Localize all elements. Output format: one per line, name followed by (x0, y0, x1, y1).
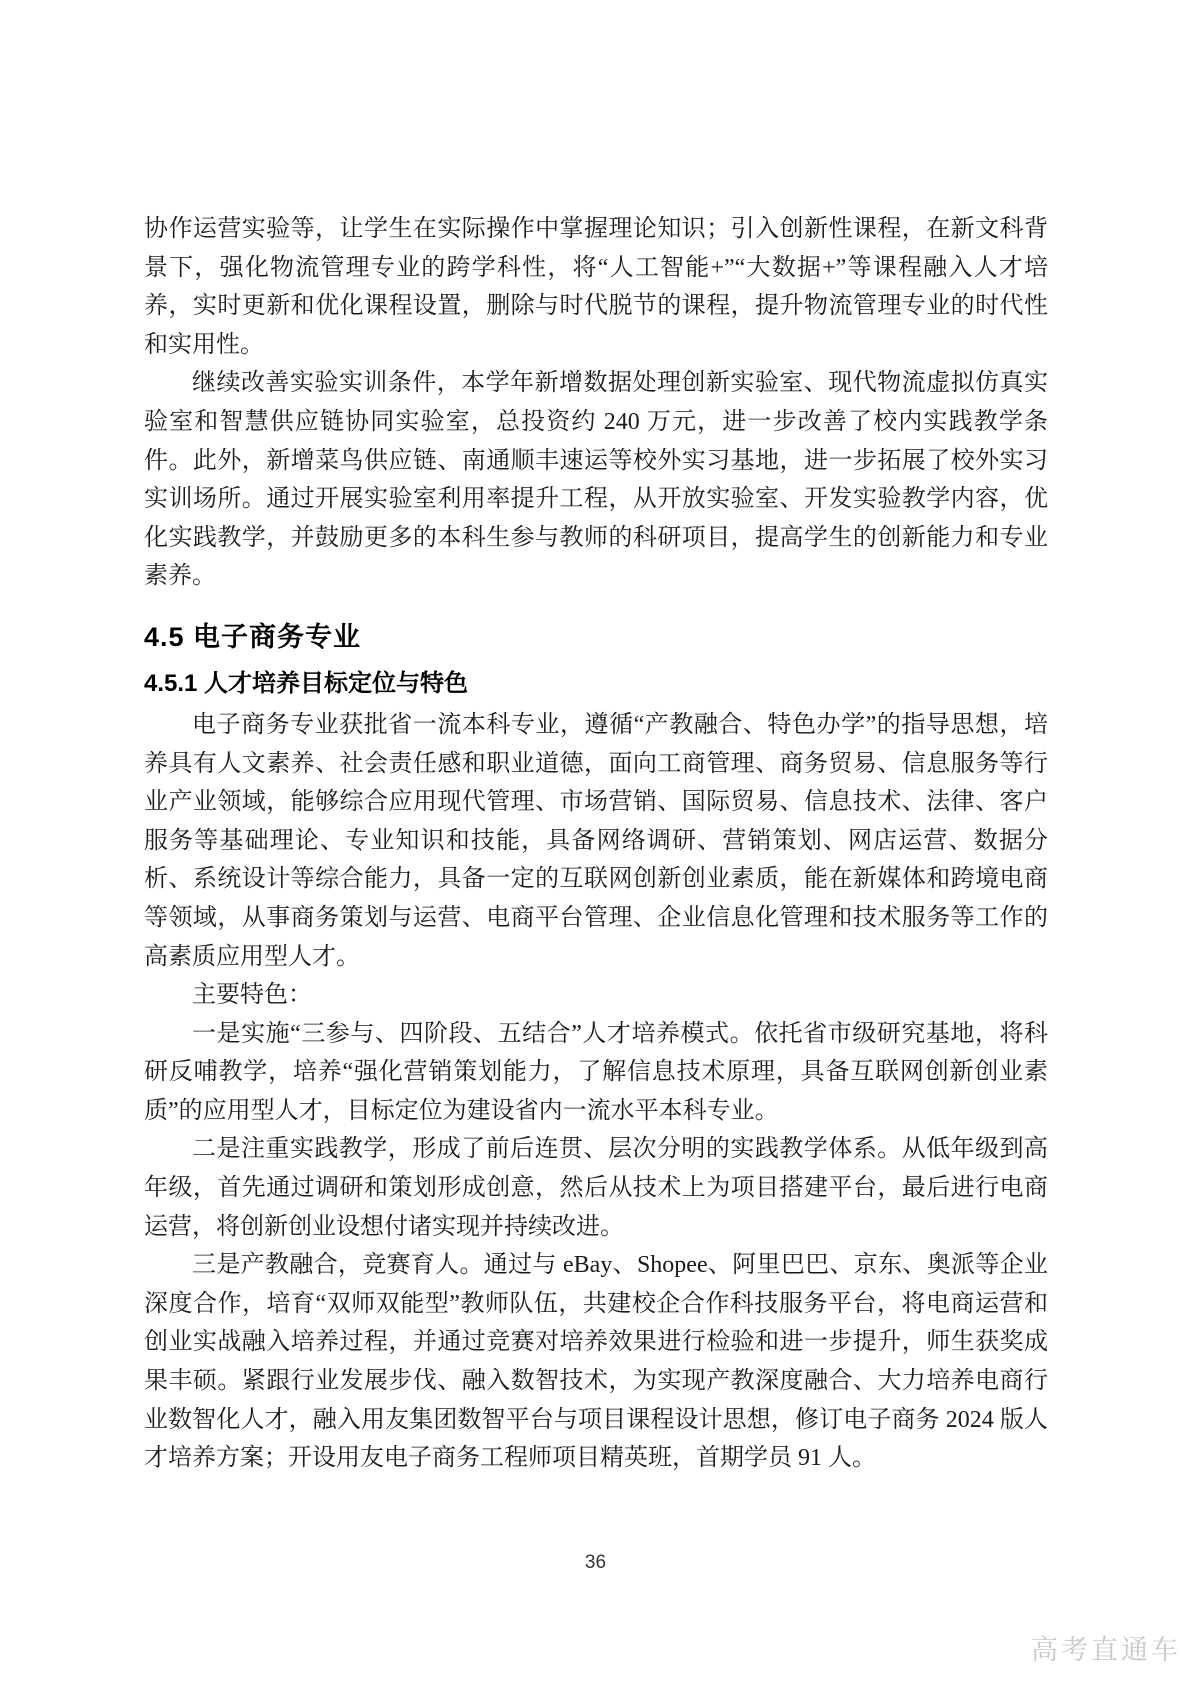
paragraph-lab-conditions: 继续改善实验实训条件，本学年新增数据处理创新实验室、现代物流虚拟仿真实验室和智慧… (144, 364, 1048, 596)
paragraph-feature-three: 三是产教融合，竞赛育人。通过与 eBay、Shopee、阿里巴巴、京东、奥派等企… (144, 1246, 1048, 1478)
section-heading-4-5-ecommerce-major: 4.5 电子商务专业 (144, 616, 1048, 658)
paragraph-main-features-label: 主要特色： (144, 976, 1048, 1015)
watermark-gaokao-zhitongche: 高考直通车 (1031, 1628, 1181, 1667)
document-page: 协作运营实验等，让学生在实际操作中掌握理论知识；引入创新性课程，在新文科背景下，… (0, 0, 1191, 1684)
page-number: 36 (0, 1552, 1191, 1574)
paragraph-feature-one: 一是实施“三参与、四阶段、五结合”人才培养模式。依托省市级研究基地，将科研反哺教… (144, 1015, 1048, 1131)
paragraph-ecommerce-overview: 电子商务专业获批省一流本科专业，遵循“产教融合、特色办学”的指导思想，培养具有人… (144, 706, 1048, 976)
paragraph-logistics-curriculum-continuation: 协作运营实验等，让学生在实际操作中掌握理论知识；引入创新性课程，在新文科背景下，… (144, 210, 1048, 364)
subsection-heading-4-5-1-training-goals: 4.5.1 人才培养目标定位与特色 (144, 666, 1048, 702)
paragraph-feature-two: 二是注重实践教学，形成了前后连贯、层次分明的实践教学体系。从低年级到高年级，首先… (144, 1130, 1048, 1246)
document-content: 协作运营实验等，让学生在实际操作中掌握理论知识；引入创新性课程，在新文科背景下，… (144, 210, 1048, 1478)
